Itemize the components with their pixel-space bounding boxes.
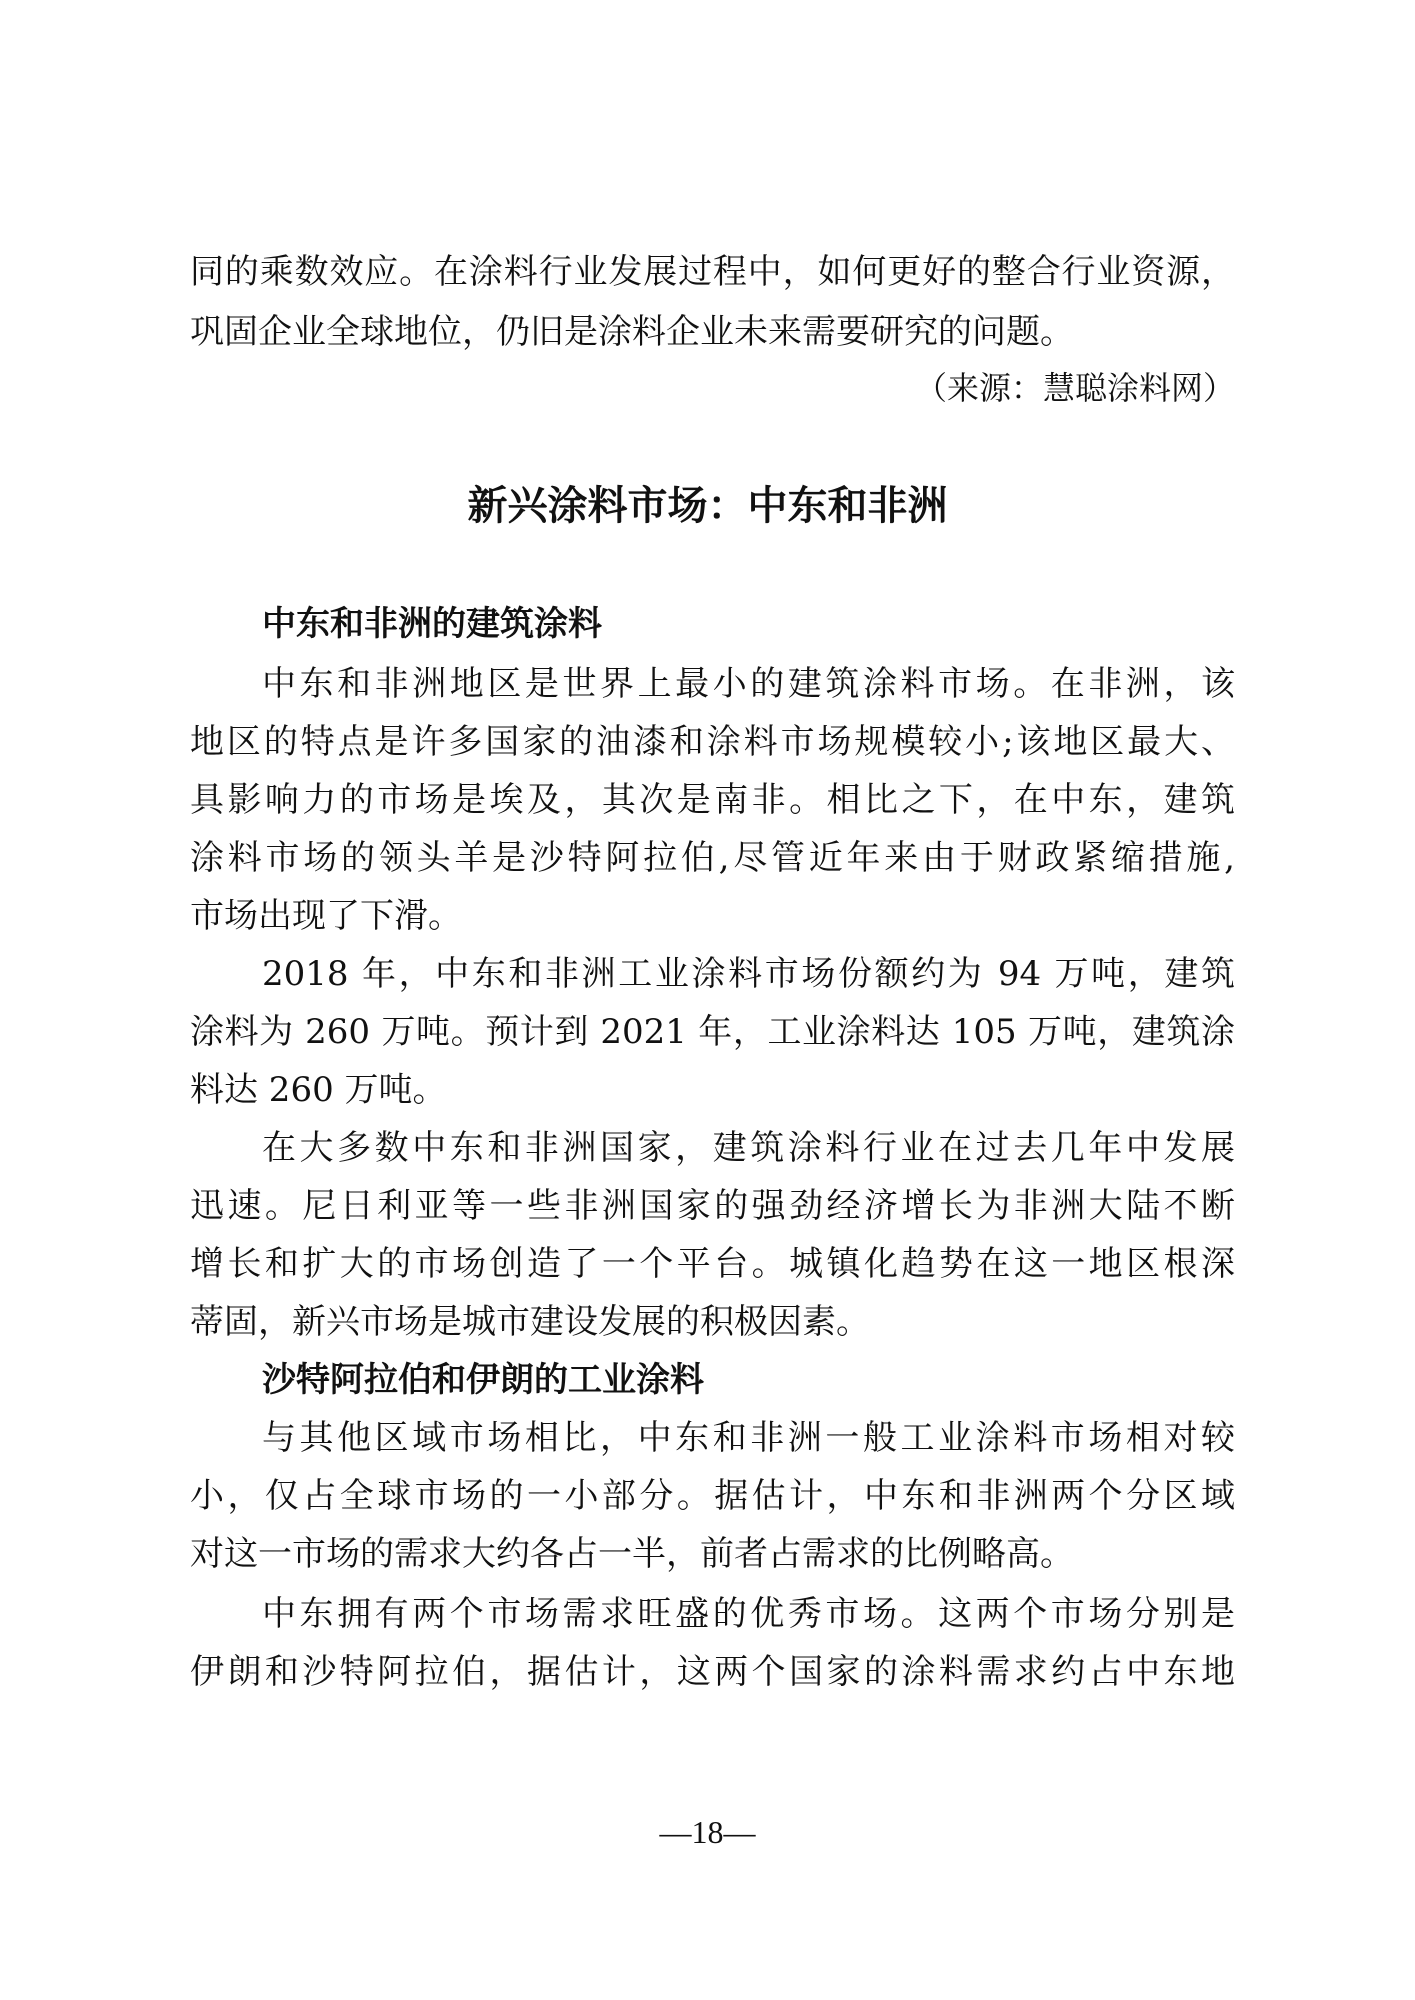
body-line: 巩固企业全球地位，仍旧是涂料企业未来需要研究的问题。: [190, 310, 1235, 354]
body-line: 中东拥有两个市场需求旺盛的优秀市场。这两个市场分别是: [262, 1592, 1235, 1636]
page-number: —18—: [0, 1812, 1415, 1852]
body-line: 对这一市场的需求大约各占一半，前者占需求的比例略高。: [190, 1532, 1235, 1576]
body-line: 市场出现了下滑。: [190, 894, 1235, 938]
body-line: 同的乘数效应。在涂料行业发展过程中，如何更好的整合行业资源，: [190, 250, 1235, 294]
body-line: 与其他区域市场相比，中东和非洲一般工业涂料市场相对较: [262, 1416, 1235, 1460]
body-line: 2018 年，中东和非洲工业涂料市场份额约为 94 万吨，建筑: [262, 952, 1235, 996]
section-heading: 中东和非洲的建筑涂料: [262, 602, 602, 646]
body-line: 迅速。尼日利亚等一些非洲国家的强劲经济增长为非洲大陆不断: [190, 1184, 1235, 1228]
body-line: 料达 260 万吨。: [190, 1068, 1235, 1112]
body-line: 中东和非洲地区是世界上最小的建筑涂料市场。在非洲，该: [262, 662, 1235, 706]
article-title: 新兴涂料市场：中东和非洲: [0, 480, 1415, 532]
body-line: 增长和扩大的市场创造了一个平台。城镇化趋势在这一地区根深: [190, 1242, 1235, 1286]
body-line: 涂料市场的领头羊是沙特阿拉伯,尽管近年来由于财政紧缩措施,: [190, 836, 1235, 880]
body-line: 具影响力的市场是埃及，其次是南非。相比之下，在中东，建筑: [190, 778, 1235, 822]
body-line: 地区的特点是许多国家的油漆和涂料市场规模较小;该地区最大、: [190, 720, 1235, 764]
source-attribution: （来源：慧聪涂料网）: [915, 366, 1235, 410]
body-line: 在大多数中东和非洲国家，建筑涂料行业在过去几年中发展: [262, 1126, 1235, 1170]
document-page: 同的乘数效应。在涂料行业发展过程中，如何更好的整合行业资源， 巩固企业全球地位，…: [0, 0, 1415, 2000]
section-heading: 沙特阿拉伯和伊朗的工业涂料: [262, 1358, 704, 1402]
body-line: 伊朗和沙特阿拉伯，据估计，这两个国家的涂料需求约占中东地: [190, 1650, 1235, 1694]
body-line: 涂料为 260 万吨。预计到 2021 年，工业涂料达 105 万吨，建筑涂: [190, 1010, 1235, 1054]
body-line: 蒂固，新兴市场是城市建设发展的积极因素。: [190, 1300, 1235, 1344]
body-line: 小，仅占全球市场的一小部分。据估计，中东和非洲两个分区域: [190, 1474, 1235, 1518]
